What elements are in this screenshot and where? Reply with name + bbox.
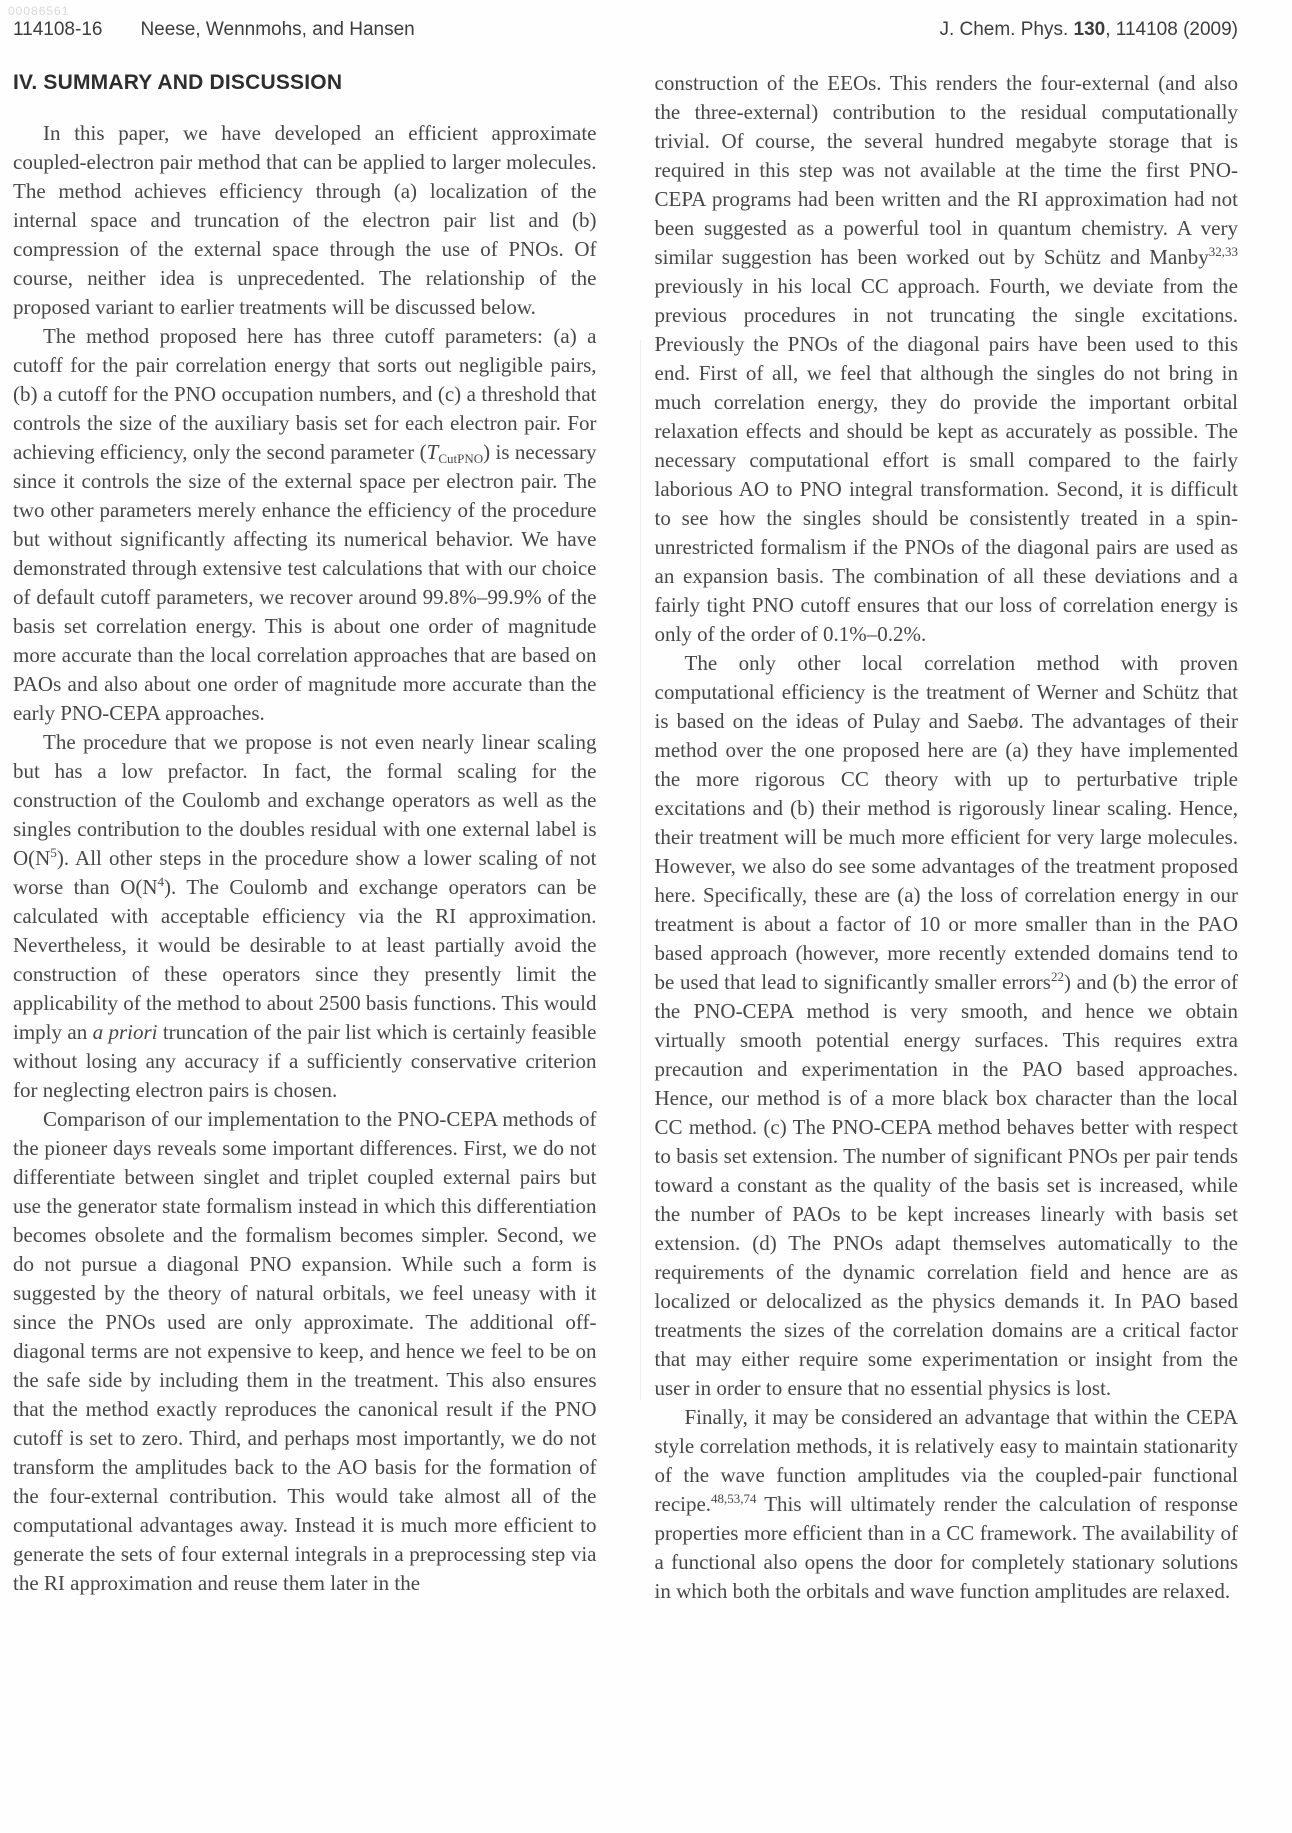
paragraph: The procedure that we propose is not eve… <box>13 728 597 1105</box>
left-column: IV. SUMMARY AND DISCUSSION In this paper… <box>13 69 597 1598</box>
paragraph: construction of the EEOs. This renders t… <box>655 69 1239 649</box>
scan-line-artifact <box>640 340 641 1400</box>
header-left: 114108-16 Neese, Wennmohs, and Hansen <box>13 19 415 41</box>
citation-volume: 130 <box>1074 19 1106 40</box>
citation-suffix: , 114108 (2009) <box>1105 19 1238 40</box>
paragraph: The only other local correlation method … <box>655 649 1239 1403</box>
paragraph: In this paper, we have developed an effi… <box>13 119 597 322</box>
right-column: construction of the EEOs. This renders t… <box>655 69 1239 1606</box>
citation-prefix: J. Chem. Phys. <box>939 19 1073 40</box>
two-column-body: IV. SUMMARY AND DISCUSSION In this paper… <box>0 69 1292 1606</box>
scan-artifact-number: 00086561 <box>8 4 69 18</box>
journal-citation: J. Chem. Phys. 130, 114108 (2009) <box>939 19 1238 41</box>
journal-page: 00086561 114108-16 Neese, Wennmohs, and … <box>0 0 1292 1606</box>
paragraph: The method proposed here has three cutof… <box>13 322 597 728</box>
section-heading: IV. SUMMARY AND DISCUSSION <box>13 71 597 95</box>
page-header: 114108-16 Neese, Wennmohs, and Hansen J.… <box>0 0 1292 41</box>
left-column-text: In this paper, we have developed an effi… <box>13 119 597 1598</box>
right-column-text: construction of the EEOs. This renders t… <box>655 69 1239 1606</box>
paragraph: Finally, it may be considered an advanta… <box>655 1403 1239 1606</box>
paragraph: Comparison of our implementation to the … <box>13 1105 597 1598</box>
header-authors: Neese, Wennmohs, and Hansen <box>140 19 414 41</box>
page-number: 114108-16 <box>13 19 102 41</box>
